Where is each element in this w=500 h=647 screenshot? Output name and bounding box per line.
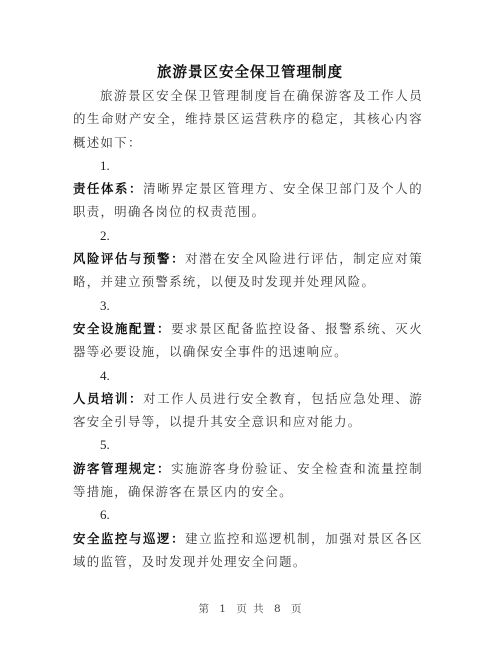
footer-prefix: 第 [198, 603, 209, 615]
footer-middle: 页 共 [236, 603, 263, 615]
item-label: 游客管理规定： [73, 461, 171, 476]
intro-paragraph: 旅游景区安全保卫管理制度旨在确保游客及工作人员的生命财产安全，维持景区运营秩序的… [73, 84, 423, 154]
item-number: 2. [73, 224, 423, 247]
footer-suffix: 页 [291, 603, 302, 615]
item-number: 6. [73, 503, 423, 526]
document-body: 旅游景区安全保卫管理制度旨在确保游客及工作人员的生命财产安全，维持景区运营秩序的… [73, 84, 423, 573]
item-label: 风险评估与预警： [73, 251, 185, 266]
item-label: 责任体系： [73, 181, 143, 196]
current-page-number: 1 [219, 603, 226, 615]
item-number: 5. [73, 433, 423, 456]
list-item: 安全监控与巡逻：建立监控和巡逻机制，加强对景区各区域的监管，及时发现并处理安全问… [73, 527, 423, 574]
list-item: 责任体系：清晰界定景区管理方、安全保卫部门及个人的职责，明确各岗位的权责范围。 [73, 177, 423, 224]
document-page: 旅游景区安全保卫管理制度 旅游景区安全保卫管理制度旨在确保游客及工作人员的生命财… [0, 0, 500, 647]
page-footer: 第 1 页 共 8 页 [0, 601, 500, 616]
item-label: 人员培训： [73, 391, 143, 406]
item-number: 4. [73, 364, 423, 387]
document-title: 旅游景区安全保卫管理制度 [0, 61, 500, 82]
item-number: 1. [73, 154, 423, 177]
item-number: 3. [73, 294, 423, 317]
item-label: 安全设施配置： [73, 321, 171, 336]
list-item: 游客管理规定：实施游客身份验证、安全检查和流量控制等措施，确保游客在景区内的安全… [73, 457, 423, 504]
list-item: 人员培训：对工作人员进行安全教育，包括应急处理、游客安全引导等，以提升其安全意识… [73, 387, 423, 434]
total-pages: 8 [274, 603, 281, 615]
item-label: 安全监控与巡逻： [73, 531, 185, 546]
list-item: 风险评估与预警：对潜在安全风险进行评估，制定应对策略，并建立预警系统，以便及时发… [73, 247, 423, 294]
list-item: 安全设施配置：要求景区配备监控设备、报警系统、灭火器等必要设施，以确保安全事件的… [73, 317, 423, 364]
